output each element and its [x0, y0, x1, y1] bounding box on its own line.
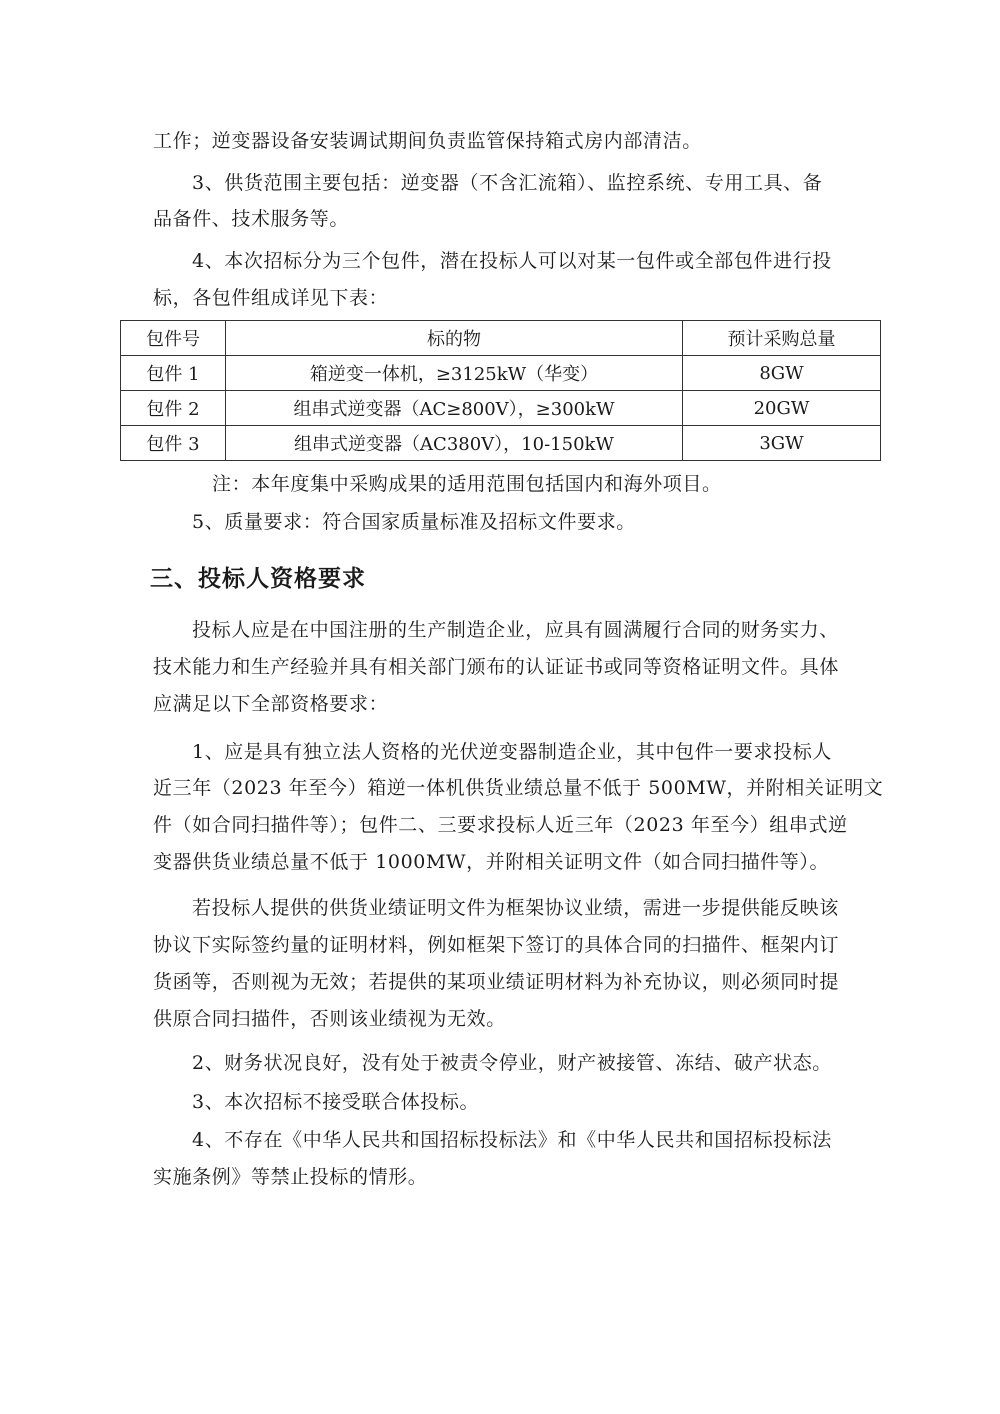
quality-requirement: 5、质量要求：符合国家质量标准及招标文件要求。 [192, 510, 892, 534]
paragraph-line: 应满足以下全部资格要求： [153, 692, 853, 716]
paragraph-line: 4、本次招标分为三个包件，潜在投标人可以对某一包件或全部包件进行投 [192, 249, 892, 273]
paragraph-line: 3、供货范围主要包括：逆变器（不含汇流箱）、监控系统、专用工具、备 [192, 171, 892, 195]
paragraph-line: 协议下实际签约量的证明材料，例如框架下签订的具体合同的扫描件、框架内订 [153, 933, 853, 957]
cell-total: 8GW [683, 356, 881, 391]
table-row: 包件 2 组串式逆变器（AC≥800V），≥300kW 20GW [121, 391, 881, 426]
cell-package: 包件 2 [121, 391, 226, 426]
paragraph-line: 1、应是具有独立法人资格的光伏逆变器制造企业，其中包件一要求投标人 [192, 740, 892, 764]
paragraph-line: 2、财务状况良好，没有处于被责令停业，财产被接管、冻结、破产状态。 [192, 1051, 892, 1075]
paragraph-line: 工作；逆变器设备安装调试期间负责监管保持箱式房内部清洁。 [153, 129, 853, 153]
table-row: 包件 3 组串式逆变器（AC380V），10-150kW 3GW [121, 426, 881, 461]
paragraph-line: 投标人应是在中国注册的生产制造企业，应具有圆满履行合同的财务实力、 [192, 618, 892, 642]
paragraph-line: 品备件、技术服务等。 [153, 207, 853, 231]
paragraph-line: 3、本次招标不接受联合体投标。 [192, 1090, 892, 1114]
paragraph-line: 件（如合同扫描件等）；包件二、三要求投标人近三年（2023 年至今）组串式逆 [153, 813, 853, 837]
paragraph-line: 供原合同扫描件，否则该业绩视为无效。 [153, 1007, 853, 1031]
paragraph-line: 若投标人提供的供货业绩证明文件为框架协议业绩，需进一步提供能反映该 [192, 896, 892, 920]
cell-subject: 组串式逆变器（AC≥800V），≥300kW [226, 391, 683, 426]
paragraph-line: 近三年（2023 年至今）箱逆一体机供货业绩总量不低于 500MW，并附相关证明… [153, 776, 853, 800]
table-row: 包件 1 箱逆变一体机，≥3125kW（华变） 8GW [121, 356, 881, 391]
header-package-no: 包件号 [121, 321, 226, 356]
cell-total: 20GW [683, 391, 881, 426]
paragraph-line: 4、不存在《中华人民共和国招标投标法》和《中华人民共和国招标投标法 [192, 1128, 892, 1152]
cell-package: 包件 1 [121, 356, 226, 391]
paragraph-line: 变器供货业绩总量不低于 1000MW，并附相关证明文件（如合同扫描件等）。 [153, 850, 853, 874]
header-subject: 标的物 [226, 321, 683, 356]
section-heading: 三、投标人资格要求 [150, 560, 366, 593]
header-total: 预计采购总量 [683, 321, 881, 356]
paragraph-line: 货函等，否则视为无效；若提供的某项业绩证明材料为补充协议，则必须同时提 [153, 970, 853, 994]
table-header-row: 包件号 标的物 预计采购总量 [121, 321, 881, 356]
package-table: 包件号 标的物 预计采购总量 包件 1 箱逆变一体机，≥3125kW（华变） 8… [120, 320, 881, 461]
cell-total: 3GW [683, 426, 881, 461]
paragraph-line: 实施条例》等禁止投标的情形。 [153, 1165, 853, 1189]
cell-package: 包件 3 [121, 426, 226, 461]
cell-subject: 组串式逆变器（AC380V），10-150kW [226, 426, 683, 461]
cell-subject: 箱逆变一体机，≥3125kW（华变） [226, 356, 683, 391]
paragraph-line: 技术能力和生产经验并具有相关部门颁布的认证证书或同等资格证明文件。具体 [153, 655, 853, 679]
table-note: 注：本年度集中采购成果的适用范围包括国内和海外项目。 [212, 472, 912, 496]
paragraph-line: 标，各包件组成详见下表： [153, 286, 853, 310]
